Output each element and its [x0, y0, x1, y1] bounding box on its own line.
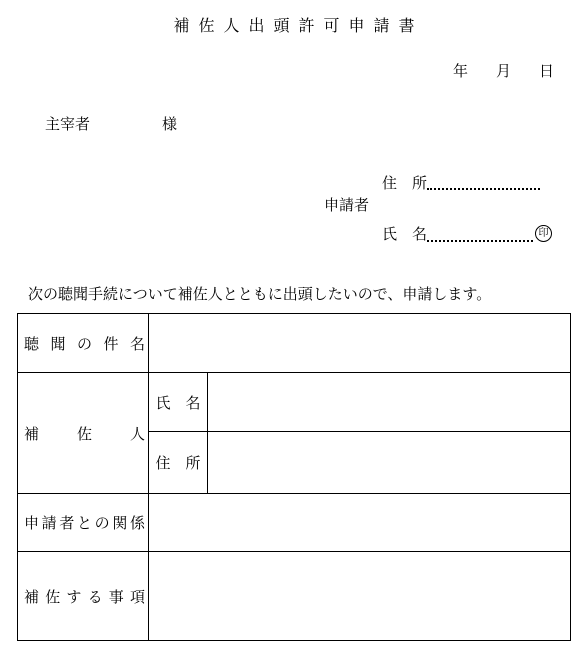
- relationship-label-cell: 申請者との関係: [18, 494, 149, 552]
- applicant-address-label: 住 所: [382, 175, 427, 192]
- application-table: 聴聞の件名 補佐人 氏 名 住 所 申請者との関係 補佐する事項: [17, 313, 571, 641]
- hearing-subject-label-cell: 聴聞の件名: [18, 314, 149, 373]
- applicant-name-label: 氏 名: [382, 226, 427, 243]
- applicant-label: 申請者: [324, 197, 369, 214]
- date-line: 年 月 日: [453, 63, 554, 80]
- assistant-label-cell: 補佐人: [18, 373, 149, 494]
- relationship-row: 申請者との関係: [18, 494, 571, 552]
- date-day-label: 日: [539, 63, 554, 80]
- assistant-address-value-cell: [208, 432, 571, 494]
- hearing-subject-value-cell: [149, 314, 571, 373]
- relationship-value-cell: [149, 494, 571, 552]
- application-form-page: 補佐人出頭許可申請書 年 月 日 主宰者 様 申請者 住 所 氏 名 印 次の聴…: [0, 0, 588, 657]
- seal-stamp-icon: 印: [535, 225, 552, 242]
- assist-matters-value-cell: [149, 552, 571, 641]
- assist-matters-label-cell: 補佐する事項: [18, 552, 149, 641]
- assistant-name-label-cell: 氏 名: [149, 373, 208, 432]
- assistant-name-value-cell: [208, 373, 571, 432]
- hearing-subject-row: 聴聞の件名: [18, 314, 571, 373]
- statement-text: 次の聴聞手続について補佐人とともに出頭したいので、申請します。: [28, 286, 491, 303]
- applicant-address-fill-line: [427, 172, 540, 190]
- assistant-name-row: 補佐人 氏 名: [18, 373, 571, 432]
- date-year-label: 年: [453, 63, 468, 80]
- honorific-label: 様: [162, 116, 177, 133]
- assist-matters-row: 補佐する事項: [18, 552, 571, 641]
- assistant-address-label-cell: 住 所: [149, 432, 208, 494]
- addressee-name: 主宰者: [45, 116, 90, 133]
- form-title: 補佐人出頭許可申請書: [0, 18, 588, 35]
- date-month-label: 月: [496, 63, 511, 80]
- applicant-name-fill-line: [427, 224, 533, 242]
